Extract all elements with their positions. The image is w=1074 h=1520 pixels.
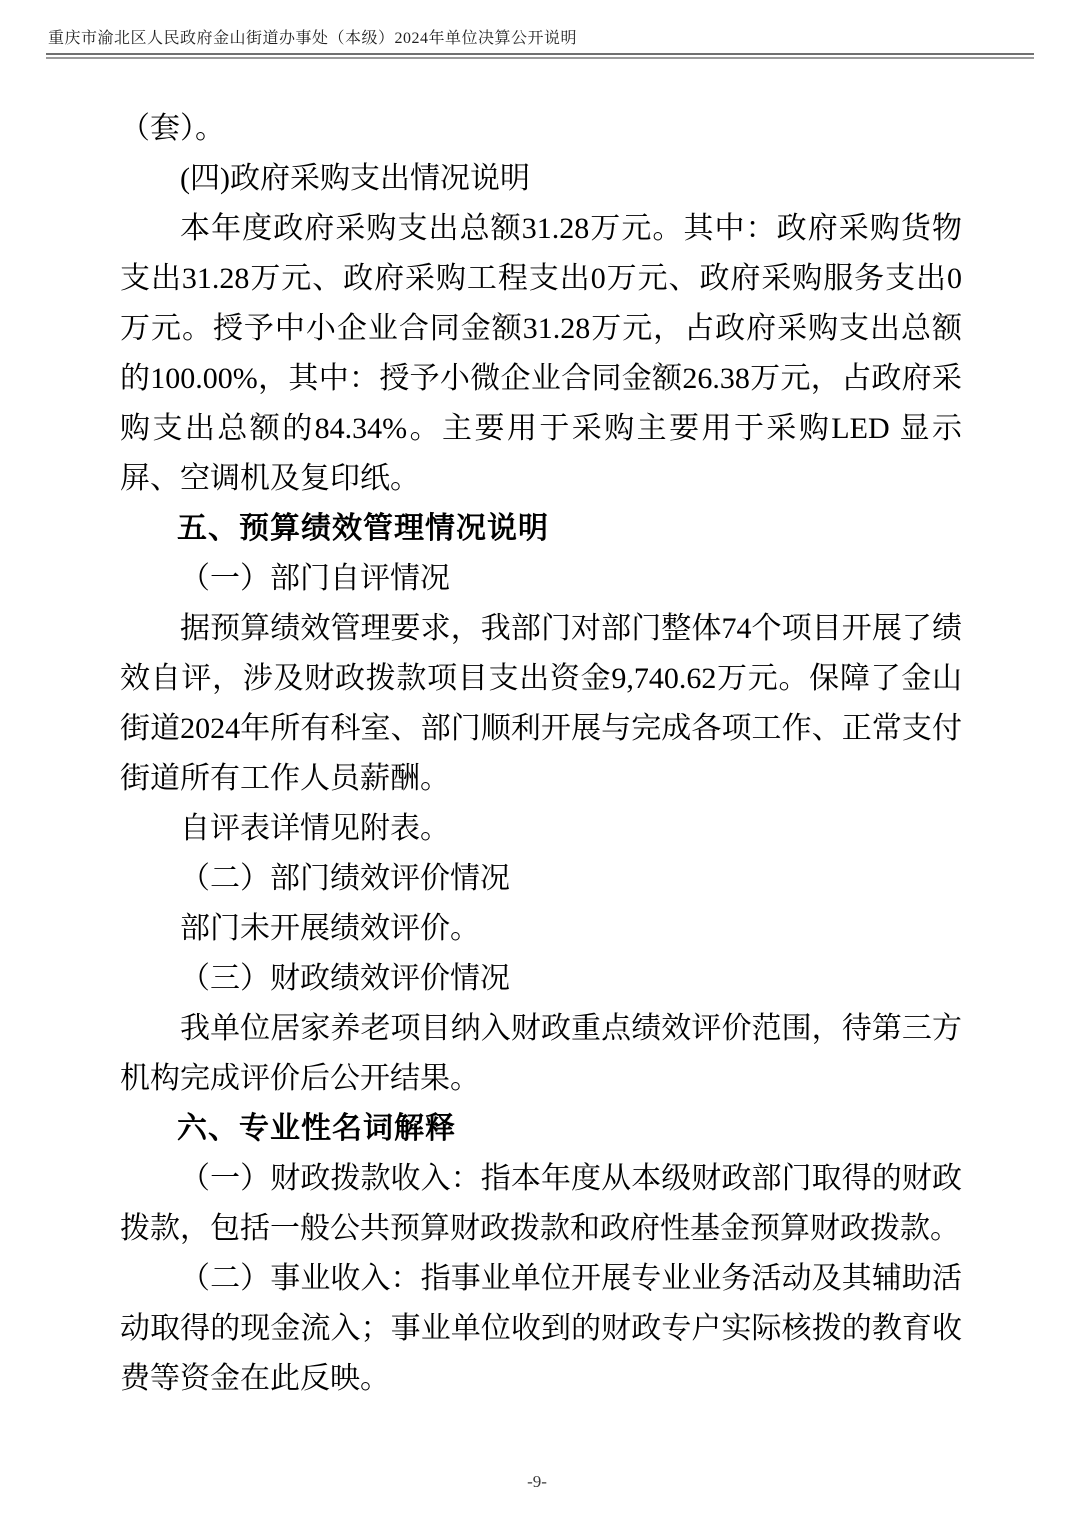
paragraph: （二）事业收入：指事业单位开展专业业务活动及其辅助活动取得的现金流入；事业单位收…: [120, 1254, 962, 1404]
subsection-heading: （三）财政绩效评价情况: [120, 954, 962, 1004]
paragraph-continuation: （套）。: [120, 104, 962, 154]
paragraph: 本年度政府采购支出总额31.28万元。其中：政府采购货物支出31.28万元、政府…: [120, 204, 962, 504]
subsection-heading: （一）部门自评情况: [120, 554, 962, 604]
paragraph: 自评表详情见附表。: [120, 804, 962, 854]
section-heading: 五、预算绩效管理情况说明: [120, 504, 962, 554]
header-divider: [46, 53, 1034, 59]
paragraph: 部门未开展绩效评价。: [120, 904, 962, 954]
paragraph: 我单位居家养老项目纳入财政重点绩效评价范围，待第三方机构完成评价后公开结果。: [120, 1004, 962, 1104]
document-body: （套）。(四)政府采购支出情况说明本年度政府采购支出总额31.28万元。其中：政…: [120, 104, 962, 1404]
paragraph: 据预算绩效管理要求，我部门对部门整体74个项目开展了绩效自评，涉及财政拨款项目支…: [120, 604, 962, 804]
paragraph: （一）财政拨款收入：指本年度从本级财政部门取得的财政拨款，包括一般公共预算财政拨…: [120, 1154, 962, 1254]
document-page: 重庆市渝北区人民政府金山街道办事处（本级）2024年单位决算公开说明 （套）。(…: [0, 0, 1074, 1520]
section-heading: 六、专业性名词解释: [120, 1104, 962, 1154]
subsection-heading: （二）部门绩效评价情况: [120, 854, 962, 904]
subsection-heading: (四)政府采购支出情况说明: [120, 154, 962, 204]
page-header-title: 重庆市渝北区人民政府金山街道办事处（本级）2024年单位决算公开说明: [48, 28, 1032, 50]
page-number: -9-: [0, 1472, 1074, 1492]
